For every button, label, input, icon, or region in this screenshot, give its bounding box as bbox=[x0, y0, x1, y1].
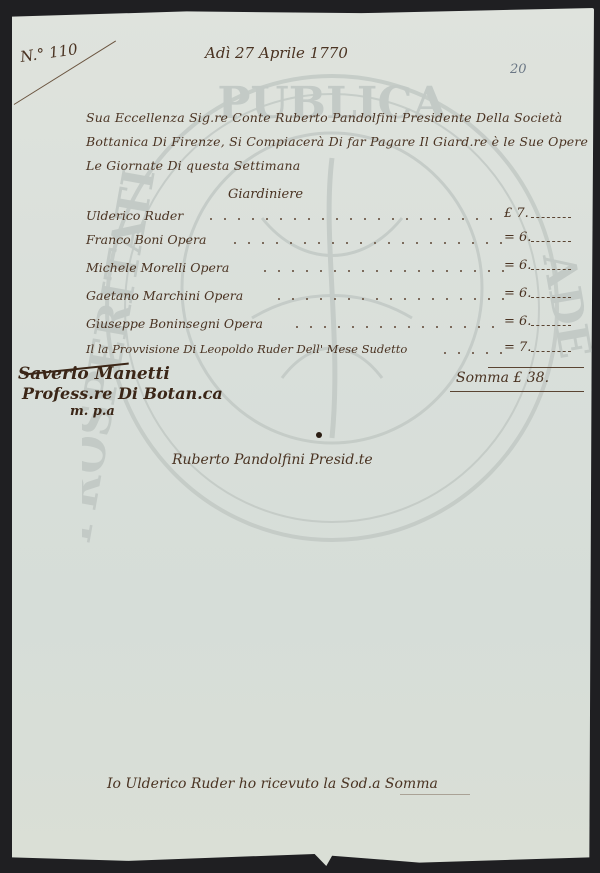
entry-amount: = 7. bbox=[504, 340, 531, 355]
professor-mp: m. p.a bbox=[70, 404, 115, 419]
body-line-3: Le Giornate Di questa Settimana bbox=[86, 158, 300, 173]
entry-name: Franco Boni Opera bbox=[86, 232, 206, 247]
entry-amount: = 6. bbox=[504, 314, 531, 329]
leader-dots bbox=[290, 326, 504, 328]
leader-dots bbox=[258, 270, 504, 272]
total-amount: 38. bbox=[527, 370, 549, 386]
receipt-tail-stroke bbox=[400, 794, 470, 795]
list-item: Franco Boni Opera = 6. bbox=[86, 232, 580, 250]
leader-dots bbox=[272, 298, 504, 300]
amount-dash bbox=[531, 297, 571, 298]
amount-dash bbox=[531, 217, 571, 218]
entry-name: Michele Morelli Opera bbox=[86, 260, 229, 275]
section-heading: Giardiniere bbox=[228, 187, 303, 202]
body-line-1: Sua Eccellenza Sig.re Conte Ruberto Pand… bbox=[86, 110, 562, 125]
entry-name: Gaetano Marchini Opera bbox=[86, 288, 243, 303]
ink-blot bbox=[316, 432, 322, 438]
total-top-rule bbox=[488, 367, 584, 368]
total-label: Somma bbox=[456, 370, 509, 386]
entry-amount: £ 7. bbox=[504, 206, 529, 221]
list-item: Giuseppe Boninsegni Opera = 6. bbox=[86, 316, 580, 334]
entry-amount: = 6. bbox=[504, 258, 531, 273]
receipt-line: Io Ulderico Ruder ho ricevuto la Sod.a S… bbox=[107, 776, 438, 792]
amount-dash bbox=[531, 351, 571, 352]
amount-dash bbox=[531, 269, 571, 270]
entry-name: Ulderico Ruder bbox=[86, 208, 183, 223]
body-line-2: Bottanica Di Firenze, Si Compiacerà Di f… bbox=[86, 134, 588, 149]
professor-title: Profess.re Di Botan.ca bbox=[22, 384, 223, 403]
date-line: Adì 27 Aprile 1770 bbox=[205, 44, 348, 62]
entry-name: Giuseppe Boninsegni Opera bbox=[86, 316, 263, 331]
list-item: Ulderico Ruder £ 7. bbox=[86, 208, 580, 226]
leader-dots bbox=[438, 352, 504, 354]
entry-amount: = 6. bbox=[504, 286, 531, 301]
list-item: Gaetano Marchini Opera = 6. bbox=[86, 288, 580, 306]
leader-dots bbox=[228, 242, 504, 244]
list-item: Michele Morelli Opera = 6. bbox=[86, 260, 580, 278]
entry-amount: = 6. bbox=[504, 230, 531, 245]
page-number: 20 bbox=[510, 62, 527, 77]
president-signature: Ruberto Pandolfini Presid.te bbox=[172, 452, 373, 468]
leader-dots bbox=[204, 218, 504, 220]
professor-signature: Saverio Manetti bbox=[18, 364, 170, 384]
total-bottom-rule bbox=[450, 391, 584, 392]
entry-name: Il la Provvisione Di Leopoldo Ruder Dell… bbox=[86, 342, 407, 356]
amount-dash bbox=[531, 241, 571, 242]
total-row: Somma £ 38. bbox=[456, 370, 549, 386]
list-item: Il la Provvisione Di Leopoldo Ruder Dell… bbox=[86, 342, 580, 360]
amount-dash bbox=[531, 325, 571, 326]
total-currency: £ bbox=[513, 370, 522, 386]
